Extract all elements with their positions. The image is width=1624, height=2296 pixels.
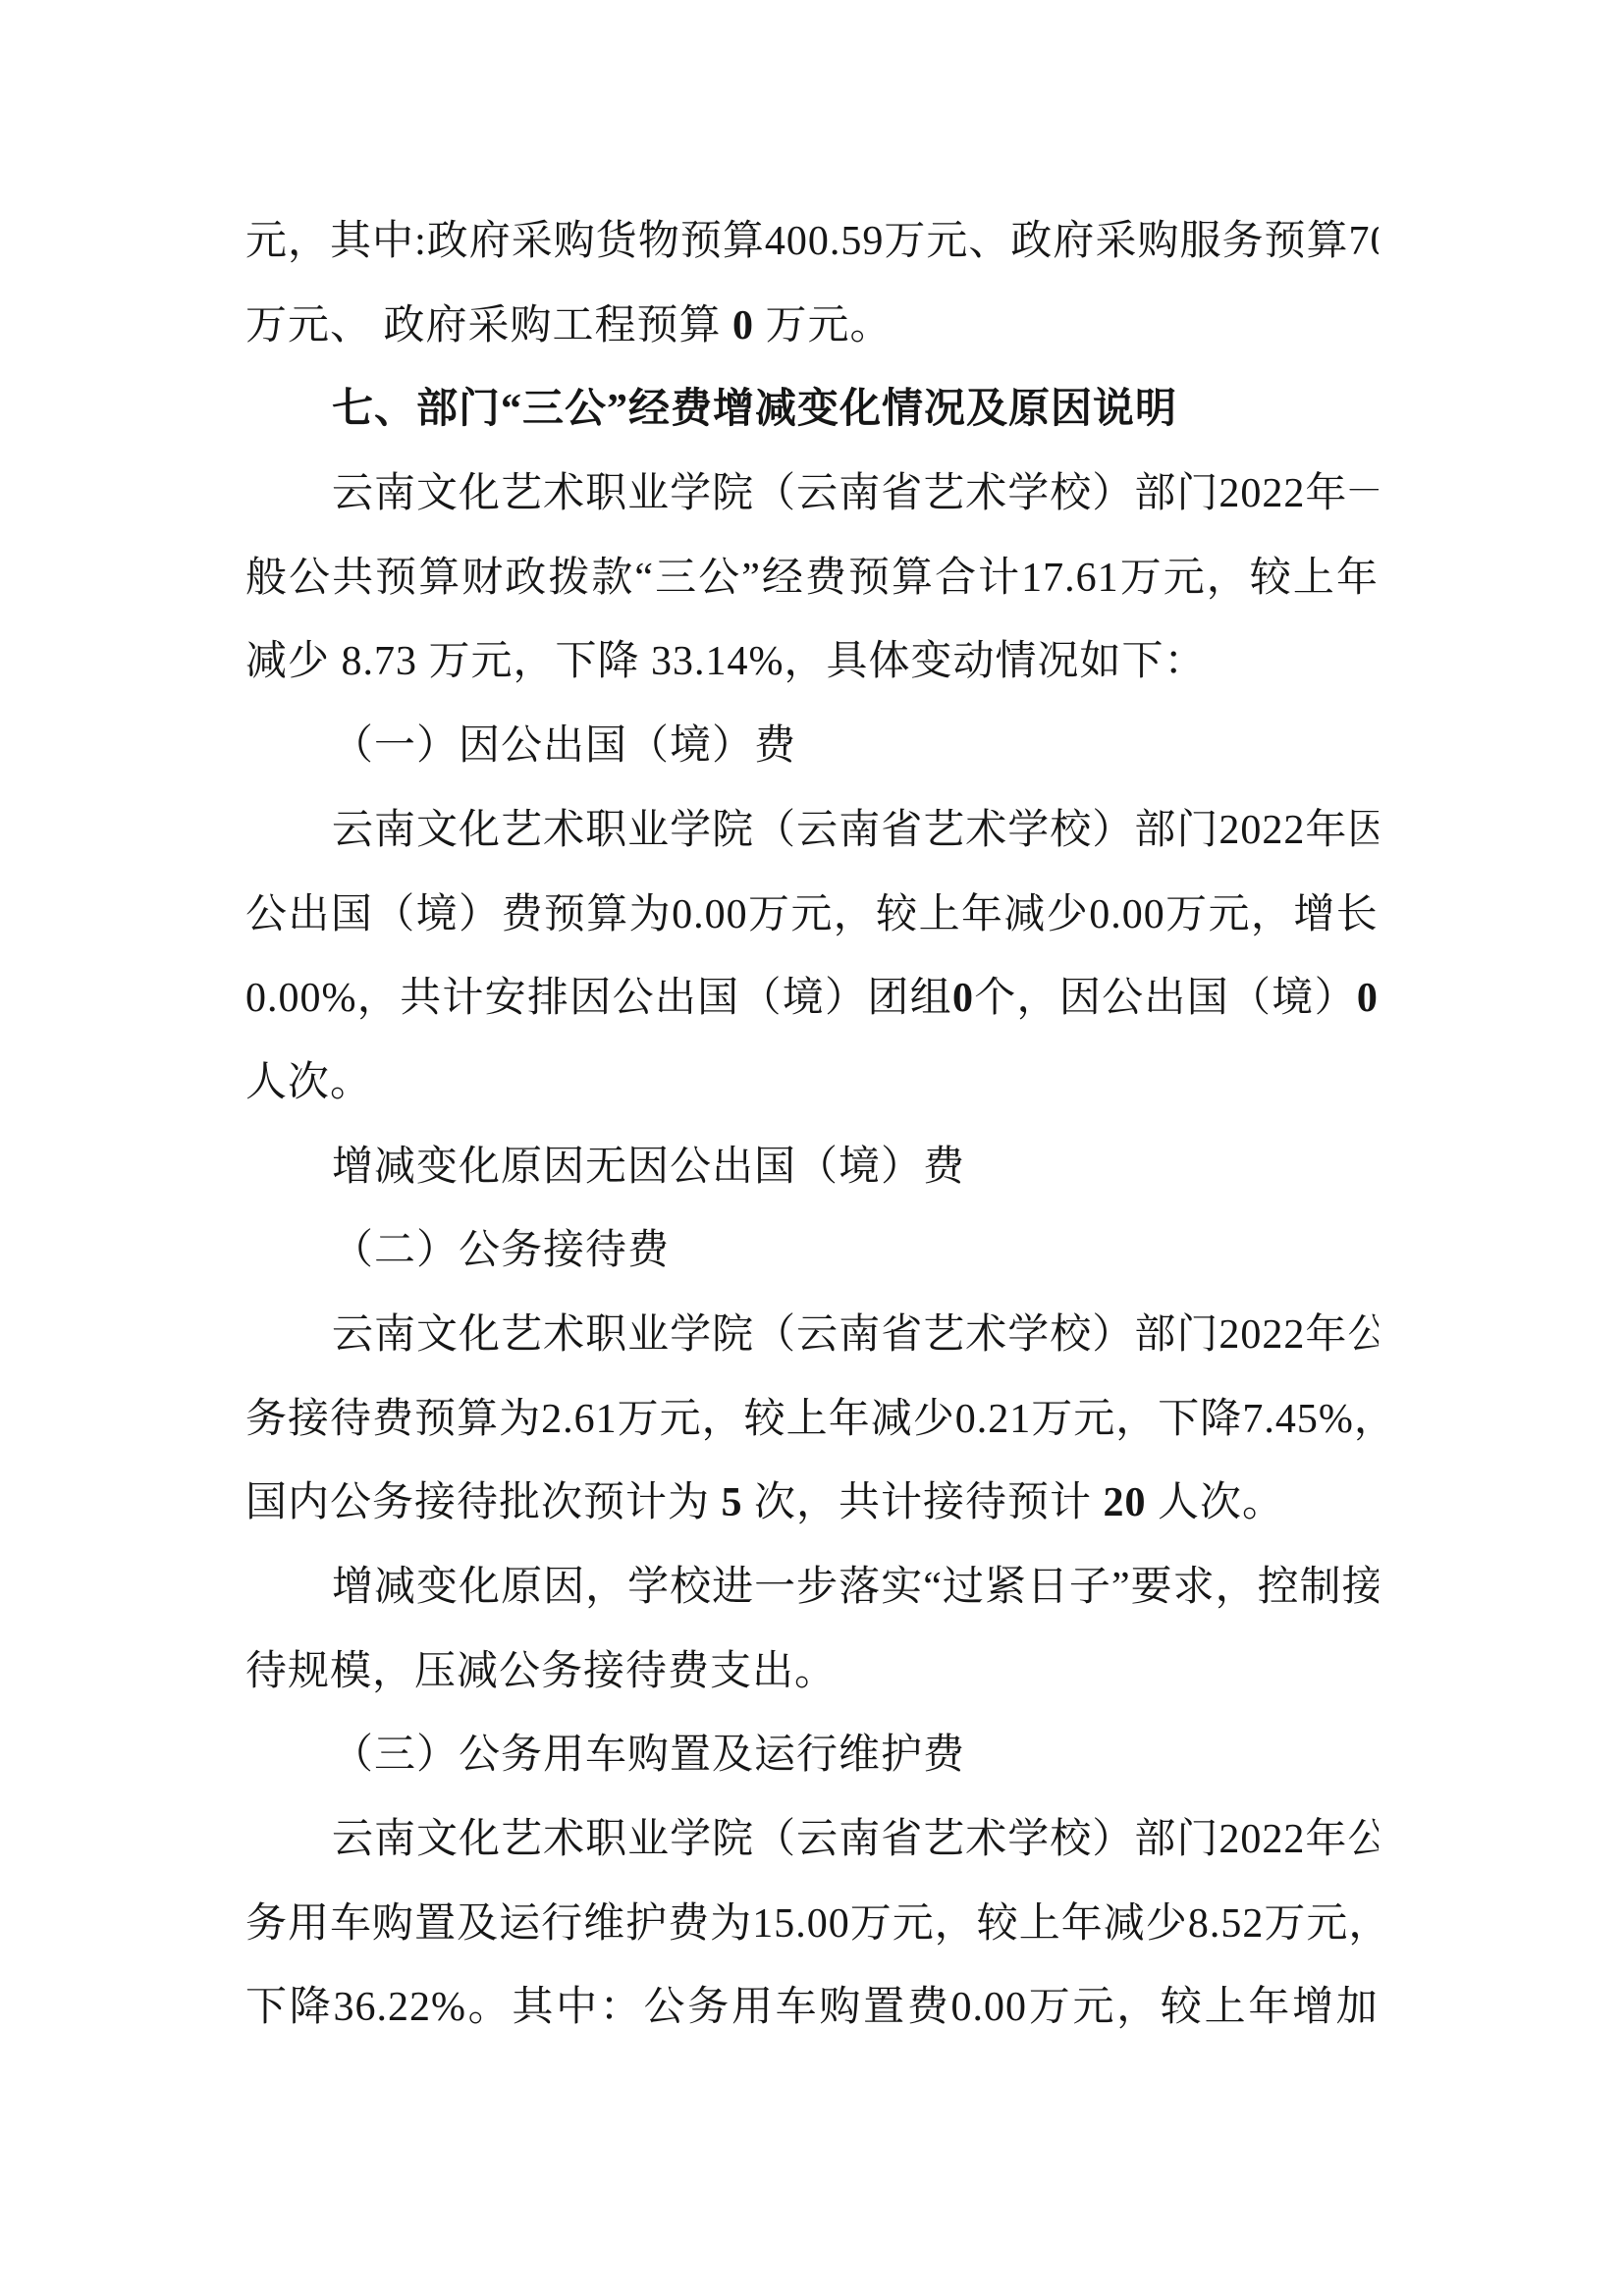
text-token: 术: [543, 1294, 585, 1378]
text-token: 一: [754, 1546, 796, 1630]
text-segment: （一）因公出国（境）费: [332, 723, 796, 769]
text-token: 万: [884, 200, 926, 285]
text-token: 服: [1179, 200, 1221, 285]
text-token: 行: [541, 1883, 583, 1967]
text-token: 艺: [501, 453, 543, 537]
text-token: （: [1229, 957, 1272, 1041]
text-token: 公: [289, 537, 331, 621]
text-token: 艺: [923, 1798, 965, 1883]
text-token: 财: [461, 537, 504, 621]
text-token: 预: [414, 1378, 457, 1463]
text-token: 日: [1027, 1546, 1069, 1630]
text-segment: 减少 8.73 万元，下降 33.14%，具体变动情况如下：: [245, 639, 1207, 684]
text-token: 用: [288, 1883, 330, 1967]
text-token: 省: [881, 1294, 923, 1378]
text-token: 化: [459, 453, 501, 537]
text-token: 年: [961, 874, 1003, 958]
text-token: 控: [1258, 1546, 1300, 1630]
text-token: “: [923, 1546, 943, 1630]
text-token: ：: [600, 1966, 642, 2051]
text-token: 化: [459, 1546, 501, 1630]
text-token: 艺: [923, 789, 965, 874]
text-token: 业: [627, 453, 670, 537]
text-token: 万: [1120, 537, 1163, 621]
text-token: 术: [965, 789, 1007, 874]
text-token: 部: [1134, 1798, 1176, 1883]
text-token: 术: [543, 789, 585, 874]
text-token: 业: [627, 1798, 670, 1883]
text-token: ，: [935, 1883, 977, 1967]
text-token: 职: [585, 789, 627, 874]
text-token: ，: [585, 1546, 627, 1630]
text-token: 元: [1209, 874, 1251, 958]
text-token: 南: [374, 1798, 416, 1883]
text-token: 年: [1336, 537, 1379, 621]
text-token: 减: [1003, 874, 1046, 958]
text-token: ，: [1216, 1546, 1258, 1630]
text-segment: 次，共计接待预计: [743, 1480, 1104, 1525]
text-token: ）: [1092, 1294, 1134, 1378]
text-token: 费: [372, 1378, 414, 1463]
text-token: 护: [625, 1883, 668, 1967]
text-token: 运: [499, 1883, 541, 1967]
text-token: 物: [638, 200, 680, 285]
text-token: ）: [459, 874, 501, 958]
text-token: 术: [965, 1294, 1007, 1378]
text-token: 实: [881, 1546, 923, 1630]
text-token: ，: [1115, 1378, 1158, 1463]
text-token: 元: [926, 200, 968, 285]
text-segment: 增减变化原因无因公出国（境）费: [332, 1145, 965, 1190]
text-token: 用: [731, 1966, 774, 2051]
text-token: 门: [1176, 1294, 1218, 1378]
text-token: 接: [288, 1378, 330, 1463]
text-token: 校: [1050, 1294, 1092, 1378]
body-line-abroad-reason: 增减变化原因无因公出国（境）费: [245, 1126, 1379, 1210]
text-token: ）: [1092, 789, 1134, 874]
text-token: 减: [871, 1378, 913, 1463]
text-token: 务: [245, 1883, 288, 1967]
text-token: 艺: [923, 1294, 965, 1378]
text-token: 公: [613, 957, 655, 1041]
text-token: 公: [1347, 1798, 1379, 1883]
text-token: 国: [1187, 957, 1229, 1041]
text-token: ）: [825, 957, 867, 1041]
text-token: 步: [796, 1546, 839, 1630]
text-token: 较: [1250, 537, 1292, 621]
text-token: 业: [627, 1294, 670, 1378]
text-token: 。: [468, 1966, 511, 2051]
bold-value: 20: [1104, 1480, 1147, 1525]
subsection-3-heading: （三）公务用车购置及运行维护费: [245, 1714, 1379, 1798]
bold-value: 七、部门“三公”经费增减变化情况及原因说明: [332, 387, 1177, 432]
text-token: 文: [416, 1798, 459, 1883]
text-token: 门: [1176, 453, 1218, 537]
text-token: 费: [501, 874, 543, 958]
text-token: 门: [1176, 789, 1218, 874]
text-token: 艺: [501, 1798, 543, 1883]
text-token: 学: [670, 1798, 712, 1883]
text-token: 术: [965, 453, 1007, 537]
text-token: 购: [554, 200, 596, 285]
text-token: （: [754, 453, 796, 537]
text-content: 元，其中:政府采购货物预算400.59万元、政府采购服务预算707万元、 政府采…: [245, 200, 1379, 2051]
text-token: 团: [867, 957, 909, 1041]
text-token: 原: [501, 1546, 543, 1630]
text-token: 云: [796, 453, 839, 537]
text-token: 较: [977, 1883, 1019, 1967]
text-token: 元: [1306, 1883, 1348, 1967]
text-token: 术: [543, 453, 585, 537]
text-token: 算: [1307, 200, 1349, 285]
text-token: 车: [330, 1883, 372, 1967]
text-token: 公: [644, 1966, 686, 2051]
text-token: 8.52: [1188, 1883, 1265, 1967]
text-token: 学: [627, 1546, 670, 1630]
text-token: 上: [1293, 537, 1335, 621]
text-token: 政: [505, 537, 547, 621]
text-token: 云: [332, 789, 374, 874]
body-line-vehicle-1: 云南文化艺术职业学院（云南省艺术学校）部门2022年公: [245, 1798, 1379, 1883]
text-token: 学: [1007, 1798, 1050, 1883]
bold-value: 0: [732, 303, 754, 348]
text-token: 南: [839, 1798, 881, 1883]
text-token: 校: [670, 1546, 712, 1630]
document-page: 元，其中:政府采购货物预算400.59万元、政府采购服务预算707万元、 政府采…: [0, 0, 1624, 2296]
subsection-2-heading: （二）公务接待费: [245, 1209, 1379, 1294]
text-token: 算: [723, 200, 765, 285]
text-token: 0.21: [955, 1378, 1032, 1463]
body-line-procurement-goods: 元，其中:政府采购货物预算400.59万元、政府采购服务预算707: [245, 200, 1379, 285]
text-token: 万: [1264, 1883, 1306, 1967]
text-token: 及: [457, 1883, 499, 1967]
text-token: ”: [1111, 1546, 1131, 1630]
text-token: 减: [1104, 1883, 1146, 1967]
text-token: 院: [712, 1294, 754, 1378]
text-token: ，: [1116, 1966, 1159, 2051]
text-token: 待: [330, 1378, 372, 1463]
text-token: 职: [585, 1294, 627, 1378]
body-line-sangong-intro-3: 减少 8.73 万元，下降 33.14%，具体变动情况如下：: [245, 620, 1379, 705]
text-token: ，: [1348, 1883, 1379, 1967]
text-token: 境: [1272, 957, 1314, 1041]
text-token: 其: [512, 1966, 554, 2051]
text-token: 少: [1047, 874, 1089, 958]
text-token: 境: [416, 874, 459, 958]
text-token: 府: [1053, 200, 1095, 285]
text-token: 公: [1347, 1294, 1379, 1378]
text-token: 文: [416, 789, 459, 874]
text-token: 2022: [1218, 1798, 1305, 1883]
text-token: 减: [374, 1546, 416, 1630]
text-token: 置: [414, 1883, 457, 1967]
text-token: 云: [796, 789, 839, 874]
text-token: 采: [512, 200, 554, 285]
text-token: 化: [459, 1294, 501, 1378]
text-token: 年: [1305, 789, 1347, 874]
text-token: 其: [330, 200, 372, 285]
text-token: 维: [583, 1883, 625, 1967]
text-token: 院: [712, 789, 754, 874]
text-segment: 万元。: [754, 303, 893, 348]
text-token: 接: [1342, 1546, 1379, 1630]
text-token: 上: [786, 1378, 829, 1463]
text-token: 预: [544, 874, 586, 958]
text-token: 要: [1131, 1546, 1173, 1630]
text-token: ，: [288, 200, 330, 285]
text-token: 中: [372, 200, 414, 285]
text-segment: （三）公务用车购置及运行维护费: [332, 1733, 965, 1778]
text-token: 中: [556, 1966, 598, 2051]
text-token: 务: [687, 1966, 730, 2051]
text-token: 个: [974, 957, 1016, 1041]
text-token: 元: [660, 1378, 702, 1463]
text-token: ，: [357, 957, 400, 1041]
text-token: 出: [655, 957, 697, 1041]
text-token: 预: [375, 537, 417, 621]
text-token: 南: [374, 453, 416, 537]
text-segment: 人次。: [1147, 1480, 1285, 1525]
text-token: 购: [819, 1966, 861, 2051]
text-token: 万: [748, 874, 790, 958]
text-token: 变: [416, 1546, 459, 1630]
text-token: 落: [839, 1546, 881, 1630]
text-token: 增: [1292, 1966, 1334, 2051]
text-token: 因: [569, 957, 612, 1041]
text-token: 南: [839, 789, 881, 874]
text-token: 进: [712, 1546, 754, 1630]
text-token: 较: [1161, 1966, 1203, 2051]
text-token: 部: [1134, 453, 1176, 537]
text-token: 学: [670, 1294, 712, 1378]
text-token: 艺: [501, 1294, 543, 1378]
text-token: 出: [1144, 957, 1186, 1041]
text-token: 门: [1176, 1798, 1218, 1883]
text-token: 部: [1134, 789, 1176, 874]
text-token: （: [754, 789, 796, 874]
text-token: 400.59: [765, 200, 885, 285]
text-token: ）: [1092, 453, 1134, 537]
text-token: 少: [913, 1378, 955, 1463]
text-token: 艺: [501, 789, 543, 874]
text-token: 费: [907, 1966, 949, 2051]
text-token: ）: [1092, 1798, 1134, 1883]
text-token: 年: [1061, 1883, 1104, 1967]
text-token: 学: [1007, 1294, 1050, 1378]
text-token: 元: [893, 1883, 935, 1967]
text-token: ，: [1017, 957, 1059, 1041]
text-token: 文: [416, 453, 459, 537]
text-token: 国: [697, 957, 739, 1041]
text-token: 36.22%: [333, 1966, 466, 2051]
text-token: 部: [1134, 1294, 1176, 1378]
text-token: 预: [848, 537, 891, 621]
text-token: 云: [332, 1294, 374, 1378]
text-token: 增: [332, 1546, 374, 1630]
text-token: ，: [1207, 537, 1249, 621]
text-token: 0.00: [951, 1966, 1028, 2051]
text-token: 云: [796, 1798, 839, 1883]
text-token: 学: [670, 453, 712, 537]
body-line-reception-1: 云南文化艺术职业学院（云南省艺术学校）部门2022年公: [245, 1294, 1379, 1378]
text-segment: （二）公务接待费: [332, 1228, 670, 1273]
text-token: 学: [670, 789, 712, 874]
text-token: 因: [1059, 957, 1102, 1041]
body-line-abroad-3: 0.00%，共计安排因公出国（境）团组0个，因公出国（境）0: [245, 957, 1379, 1041]
text-token: 因: [543, 1546, 585, 1630]
text-token: 707: [1349, 200, 1379, 285]
text-token: 、: [968, 200, 1010, 285]
text-token: 预: [1265, 200, 1307, 285]
text-token: 公: [1102, 957, 1144, 1041]
text-token: 元: [790, 874, 833, 958]
text-token: 万: [1029, 1966, 1071, 2051]
text-token: 过: [943, 1546, 985, 1630]
subsection-1-heading: （一）因公出国（境）费: [245, 705, 1379, 789]
text-token: 2.61: [541, 1378, 618, 1463]
text-token: 校: [1050, 1798, 1092, 1883]
text-token: 年: [829, 1378, 871, 1463]
section-7-heading: 七、部门“三公”经费增减变化情况及原因说明: [245, 368, 1379, 453]
text-token: 算: [418, 537, 460, 621]
text-token: 置: [863, 1966, 905, 2051]
text-token: 上: [919, 874, 961, 958]
text-token: 17.61: [1021, 537, 1119, 621]
text-token: 一: [1347, 453, 1379, 537]
text-token: 元: [1164, 537, 1206, 621]
text-token: 万: [1031, 1378, 1073, 1463]
text-token: 术: [543, 1798, 585, 1883]
text-token: 校: [1050, 453, 1092, 537]
text-token: 国: [331, 874, 373, 958]
text-token: 购: [372, 1883, 414, 1967]
text-token: 为: [499, 1378, 541, 1463]
text-token: 务: [245, 1378, 288, 1463]
text-segment: 万元、 政府采购工程预算: [245, 303, 732, 348]
body-line-reception-reason-1: 增减变化原因，学校进一步落实“过紧日子”要求，控制接: [245, 1546, 1379, 1630]
text-token: 下: [245, 1966, 288, 2051]
text-token: 省: [881, 1798, 923, 1883]
body-line-reception-3: 国内公务接待批次预计为 5 次，共计接待预计 20 人次。: [245, 1462, 1379, 1546]
text-token: 较: [744, 1378, 786, 1463]
bold-value: 0: [952, 957, 974, 1041]
text-token: 化: [459, 789, 501, 874]
text-token: 算: [586, 874, 628, 958]
text-token: 0.00: [672, 874, 748, 958]
text-token: 上: [1205, 1966, 1247, 2051]
text-token: 2022: [1218, 1294, 1305, 1378]
text-token: 子: [1069, 1546, 1111, 1630]
text-token: 般: [245, 537, 288, 621]
text-token: 因: [1347, 789, 1379, 874]
text-token: 府: [469, 200, 512, 285]
text-token: 算: [457, 1378, 499, 1463]
text-token: 预: [680, 200, 723, 285]
body-line-reception-reason-2: 待规模，压减公务接待费支出。: [245, 1630, 1379, 1715]
bold-value: 0: [1357, 957, 1379, 1041]
text-token: 务: [1221, 200, 1264, 285]
text-token: 降: [290, 1966, 332, 2051]
text-token: 年: [1305, 1798, 1347, 1883]
text-token: 增: [1293, 874, 1335, 958]
text-token: 车: [776, 1966, 818, 2051]
text-token: 万: [850, 1883, 893, 1967]
text-token: 0.00: [1089, 874, 1165, 958]
text-token: 省: [881, 453, 923, 537]
body-line-reception-2: 务接待费预算为2.61万元，较上年减少0.21万元，下降7.45%，: [245, 1378, 1379, 1463]
text-token: 公: [698, 537, 740, 621]
text-token: （: [754, 1798, 796, 1883]
text-token: ，: [1354, 1378, 1379, 1463]
text-token: （: [739, 957, 782, 1041]
text-token: 业: [627, 789, 670, 874]
text-token: 化: [459, 1798, 501, 1883]
text-token: 学: [1007, 789, 1050, 874]
text-token: 省: [881, 789, 923, 874]
body-line-sangong-intro-2: 般公共预算财政拨款“三公”经费预算合计17.61万元，较上年: [245, 537, 1379, 621]
text-token: 文: [416, 1294, 459, 1378]
text-token: 制: [1300, 1546, 1342, 1630]
text-token: 长: [1336, 874, 1379, 958]
body-line-abroad-4: 人次。: [245, 1041, 1379, 1126]
text-token: 万: [618, 1378, 660, 1463]
text-token: 校: [1050, 789, 1092, 874]
text-token: ，: [1251, 874, 1293, 958]
text-token: 15.00: [752, 1883, 850, 1967]
text-token: 年: [1305, 453, 1347, 537]
text-token: 云: [332, 453, 374, 537]
text-segment: 国内公务接待批次预计为: [245, 1480, 722, 1525]
text-token: 公: [245, 874, 288, 958]
text-token: 经: [762, 537, 804, 621]
text-token: 元: [245, 200, 288, 285]
text-token: 合: [935, 537, 977, 621]
text-token: 南: [374, 1294, 416, 1378]
text-token: 职: [585, 1798, 627, 1883]
text-token: 计: [978, 537, 1020, 621]
body-line-abroad-1: 云南文化艺术职业学院（云南省艺术学校）部门2022年因: [245, 789, 1379, 874]
text-token: 拨: [548, 537, 590, 621]
text-token: 0.00%: [245, 957, 357, 1041]
text-token: 境: [783, 957, 825, 1041]
body-line-vehicle-2: 务用车购置及运行维护费为15.00万元，较上年减少8.52万元，: [245, 1883, 1379, 1967]
text-token: 紧: [985, 1546, 1027, 1630]
text-token: 艺: [923, 453, 965, 537]
text-token: 2022: [1218, 789, 1305, 874]
body-line-abroad-2: 公出国（境）费预算为0.00万元，较上年减少0.00万元，增长: [245, 874, 1379, 958]
text-token: 院: [712, 453, 754, 537]
body-line-sangong-intro-1: 云南文化艺术职业学院（云南省艺术学校）部门2022年一: [245, 453, 1379, 537]
text-token: 2022: [1218, 453, 1305, 537]
text-token: ，: [834, 874, 876, 958]
text-token: 术: [965, 1798, 1007, 1883]
text-token: 年: [1248, 1966, 1290, 2051]
text-token: 较: [876, 874, 918, 958]
text-token: 南: [839, 453, 881, 537]
text-token: 采: [1095, 200, 1137, 285]
text-token: 求: [1173, 1546, 1216, 1630]
text-token: 排: [527, 957, 569, 1041]
text-token: 三: [655, 537, 697, 621]
body-line-procurement-works: 万元、 政府采购工程预算 0 万元。: [245, 285, 1379, 369]
text-token: 职: [585, 453, 627, 537]
text-token: 计: [442, 957, 484, 1041]
text-token: 学: [1007, 453, 1050, 537]
text-token: 下: [1158, 1378, 1200, 1463]
text-token: 费: [805, 537, 847, 621]
text-token: 共: [332, 537, 374, 621]
bold-value: 5: [722, 1480, 743, 1525]
